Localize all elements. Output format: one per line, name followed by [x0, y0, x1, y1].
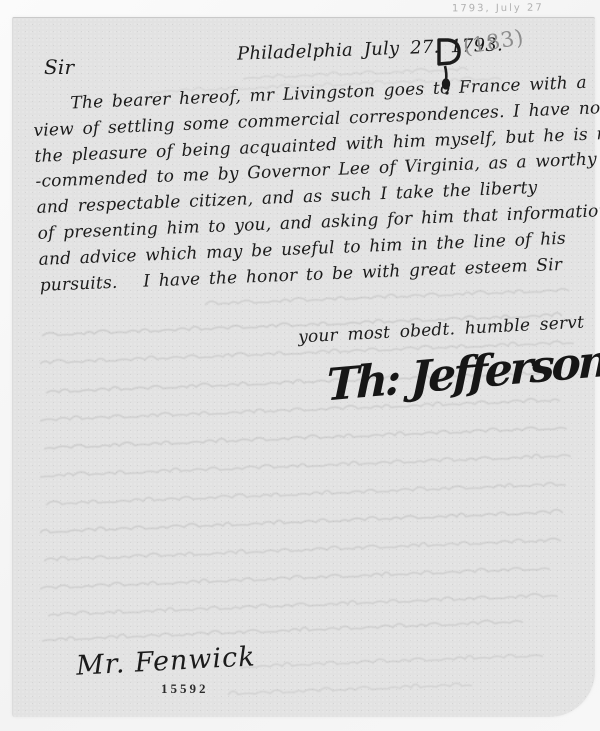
archive-stamp-number: 15592 [161, 681, 209, 697]
letter-body: The bearer hereof, mr Livingston goes to… [32, 71, 592, 299]
salutation: Sir [44, 55, 74, 79]
pencil-date-annotation: 1793, July 27 [452, 3, 544, 15]
